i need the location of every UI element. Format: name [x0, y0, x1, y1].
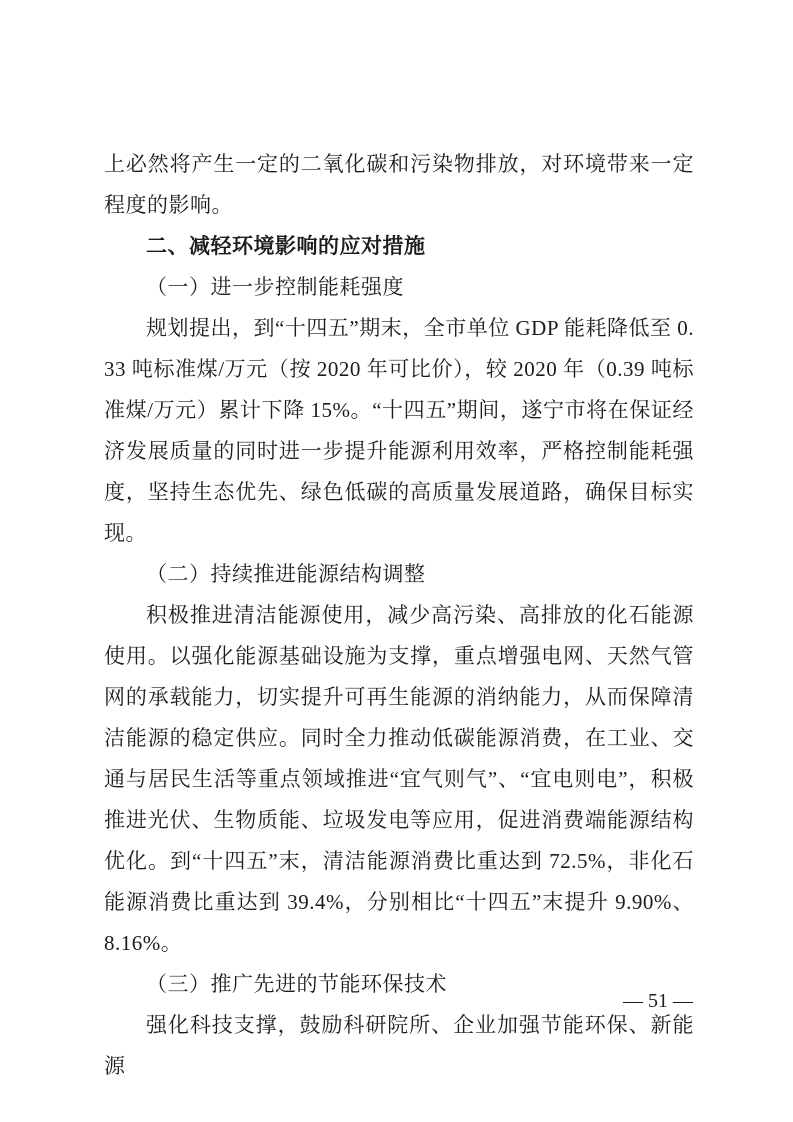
paragraph-emissions-impact: 上必然将产生一定的二氧化碳和污染物排放，对环境带来一定程度的影响。 [104, 144, 694, 226]
page-number: — 51 — [623, 988, 693, 1014]
paragraph-technology-support: 强化科技支撑，鼓励科研院所、企业加强节能环保、新能源 [104, 1005, 694, 1087]
document-page: 上必然将产生一定的二氧化碳和污染物排放，对环境带来一定程度的影响。 二、减轻环境… [0, 0, 793, 1122]
heading-sub-1-energy-intensity-control: （一）进一步控制能耗强度 [104, 267, 694, 308]
document-body: 上必然将产生一定的二氧化碳和污染物排放，对环境带来一定程度的影响。 二、减轻环境… [104, 144, 694, 1087]
paragraph-energy-structure: 积极推进清洁能源使用，减少高污染、高排放的化石能源使用。以强化能源基础设施为支撑… [104, 595, 694, 964]
paragraph-energy-intensity: 规划提出，到“十四五”期末，全市单位 GDP 能耗降低至 0.33 吨标准煤/万… [104, 308, 694, 554]
heading-sub-3-energy-saving-technology: （三）推广先进的节能环保技术 [104, 964, 694, 1005]
heading-sub-2-energy-structure-adjustment: （二）持续推进能源结构调整 [104, 554, 694, 595]
heading-section-2-mitigation-measures: 二、减轻环境影响的应对措施 [104, 226, 694, 267]
